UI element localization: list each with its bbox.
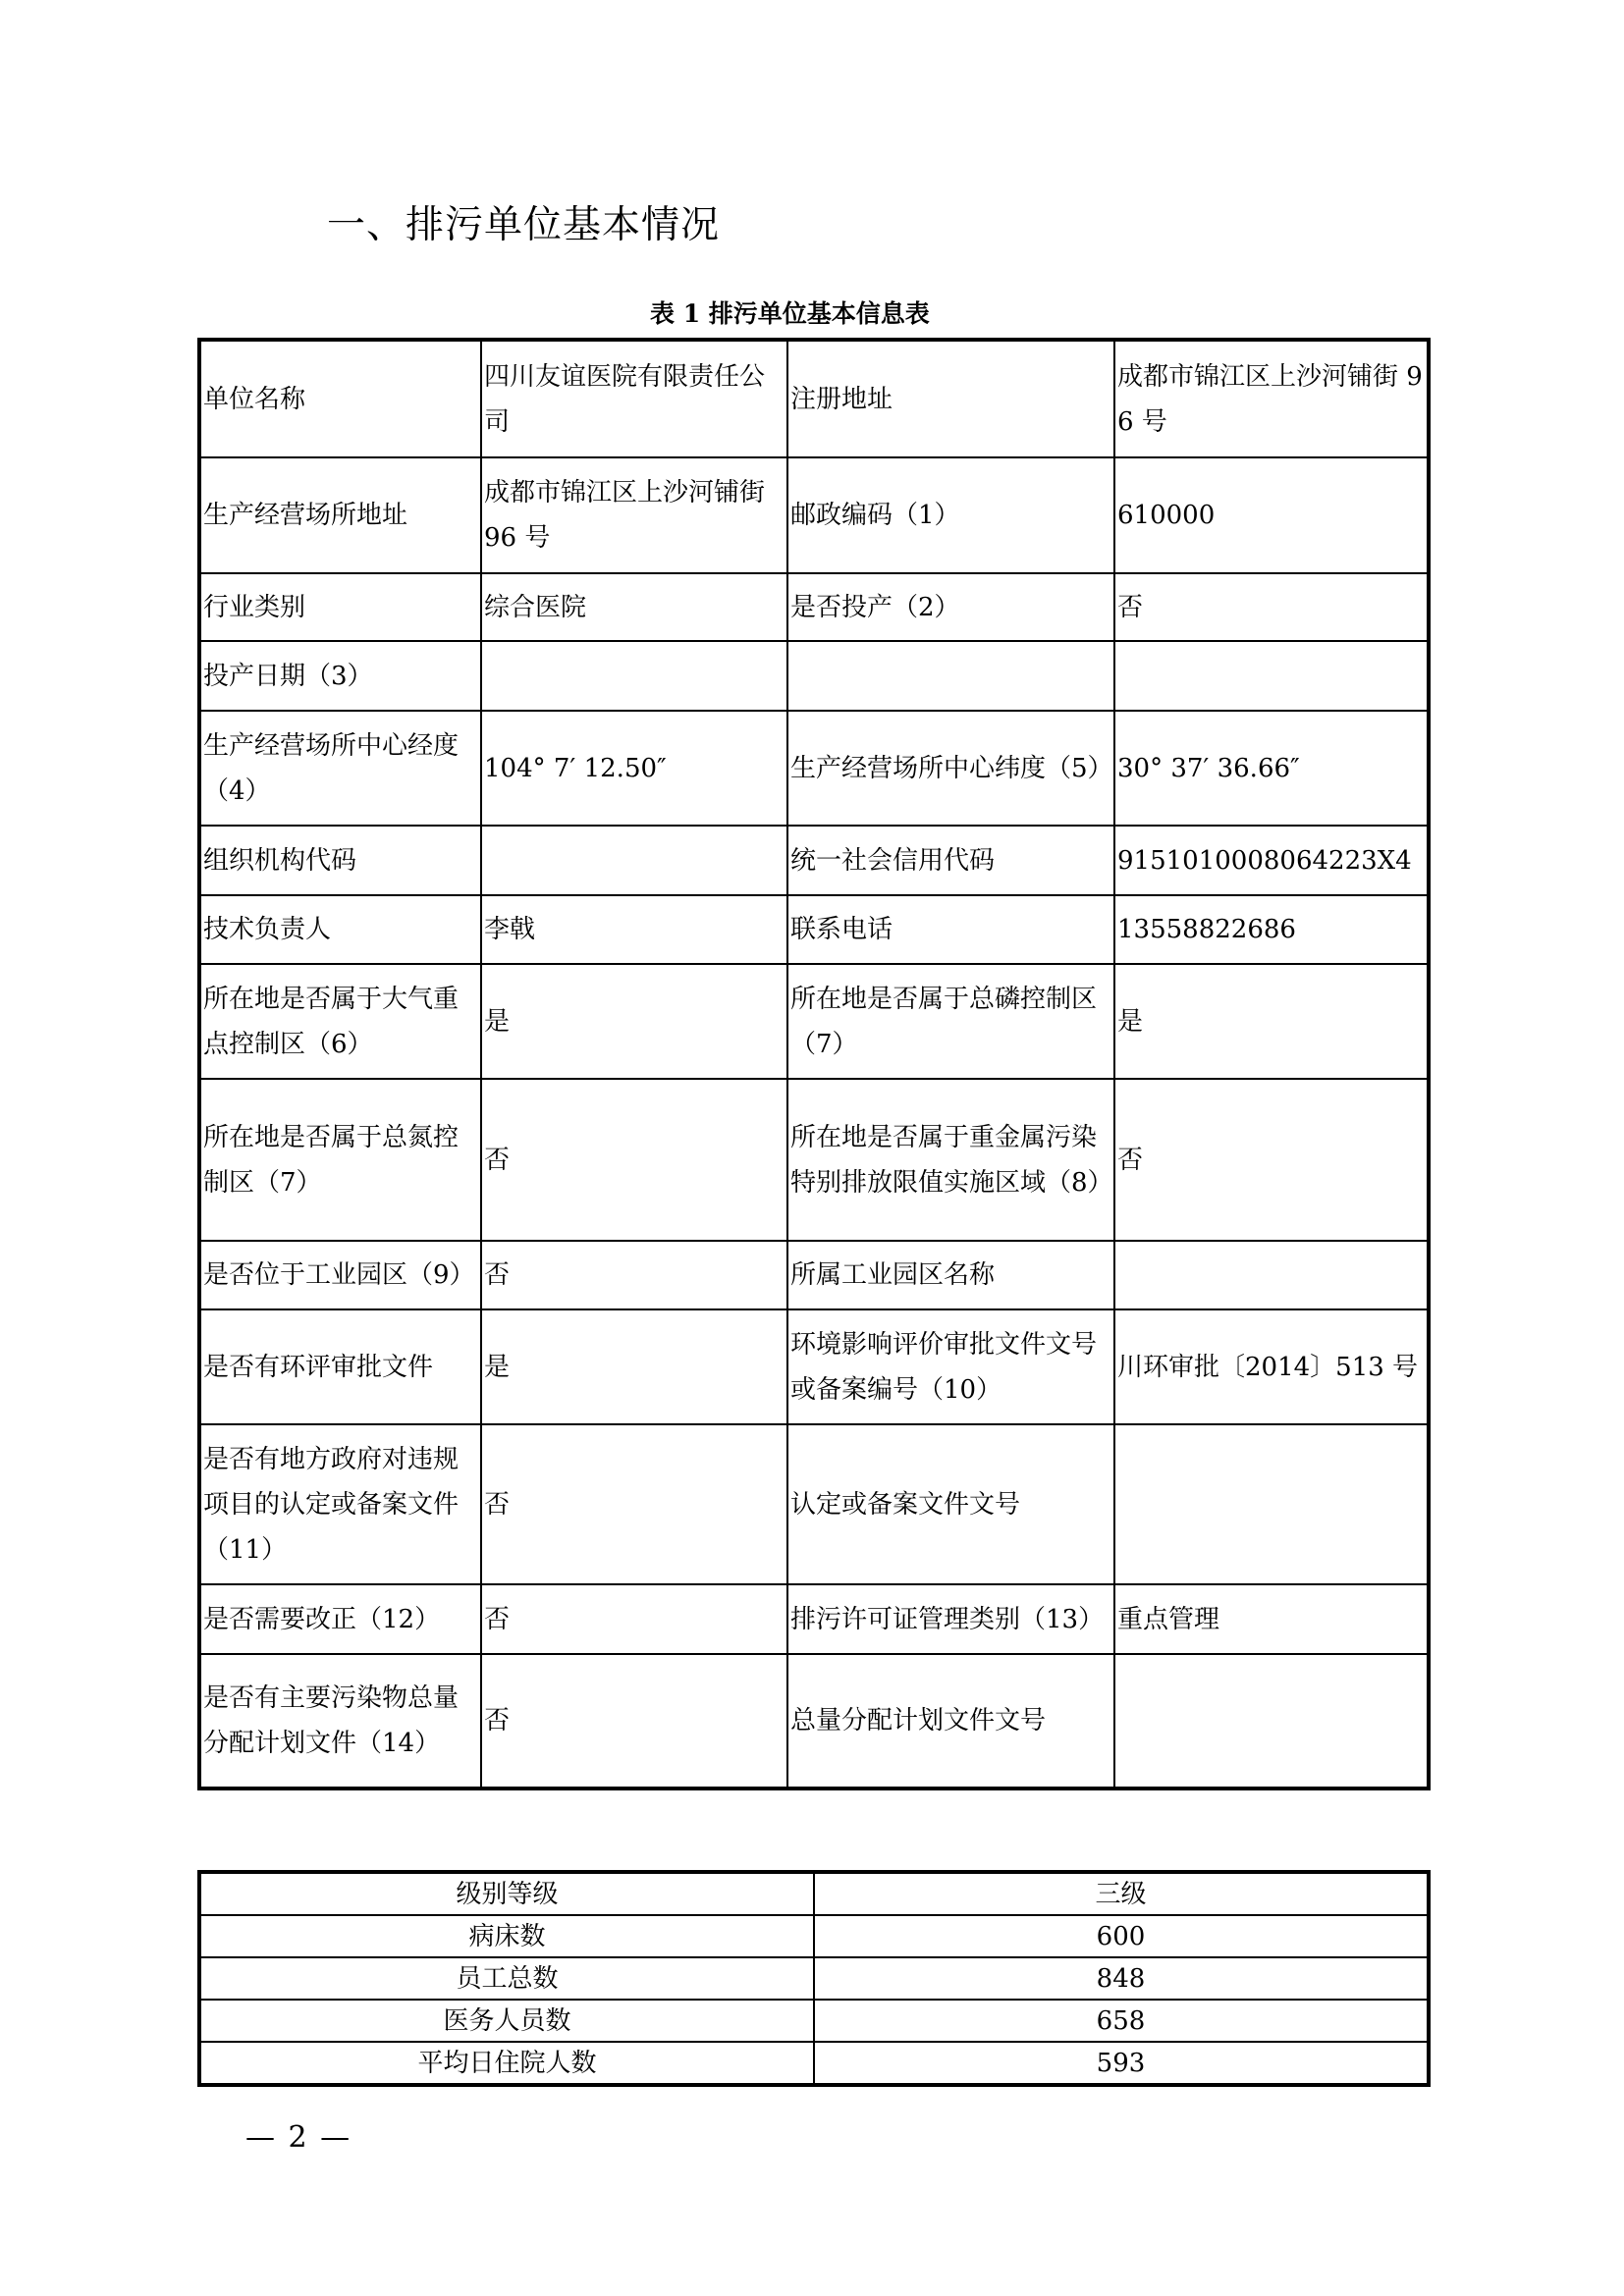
- table-row: 病床数600: [199, 1915, 1429, 1957]
- stat-label: 级别等级: [199, 1872, 814, 1915]
- field-label: 是否投产（2）: [787, 573, 1114, 641]
- field-label: 联系电话: [787, 895, 1114, 964]
- field-label: 是否需要改正（12）: [199, 1584, 481, 1654]
- stat-value: 593: [814, 2042, 1429, 2085]
- field-value: [481, 826, 787, 895]
- field-value: 否: [1114, 573, 1429, 641]
- field-label: 投产日期（3）: [199, 641, 481, 711]
- table-row: 医务人员数658: [199, 2000, 1429, 2042]
- field-value: 川环审批〔2014〕513 号: [1114, 1309, 1429, 1424]
- table1-caption: 表 1 排污单位基本信息表: [650, 296, 930, 332]
- field-label: 是否有环评审批文件: [199, 1309, 481, 1424]
- field-label: [787, 641, 1114, 711]
- table-row: 级别等级三级: [199, 1872, 1429, 1915]
- field-label: 所在地是否属于大气重点控制区（6）: [199, 964, 481, 1079]
- table-row: 技术负责人李戟联系电话13558822686: [199, 895, 1429, 964]
- table-row: 是否需要改正（12）否排污许可证管理类别（13）重点管理: [199, 1584, 1429, 1654]
- table-row: 员工总数848: [199, 1957, 1429, 2000]
- field-label: 所在地是否属于总氮控制区（7）: [199, 1079, 481, 1241]
- field-label: 认定或备案文件文号: [787, 1424, 1114, 1584]
- field-value: 否: [1114, 1079, 1429, 1241]
- field-value: [1114, 1424, 1429, 1584]
- field-label: 是否位于工业园区（9）: [199, 1241, 481, 1309]
- field-value: 否: [481, 1424, 787, 1584]
- field-value: 李戟: [481, 895, 787, 964]
- field-value: 104° 7′ 12.50″: [481, 711, 787, 826]
- field-value: 9151010008064223X4: [1114, 826, 1429, 895]
- field-value: 成都市锦江区上沙河铺街 96 号: [1114, 340, 1429, 457]
- field-label: 生产经营场所中心经度（4）: [199, 711, 481, 826]
- field-label: 单位名称: [199, 340, 481, 457]
- field-value: 是: [481, 1309, 787, 1424]
- field-label: 是否有主要污染物总量分配计划文件（14）: [199, 1654, 481, 1789]
- field-value: 610000: [1114, 457, 1429, 573]
- table-row: 是否有地方政府对违规项目的认定或备案文件（11）否认定或备案文件文号: [199, 1424, 1429, 1584]
- field-label: 行业类别: [199, 573, 481, 641]
- field-value: 否: [481, 1241, 787, 1309]
- table-row: 是否位于工业园区（9）否所属工业园区名称: [199, 1241, 1429, 1309]
- field-value: 综合医院: [481, 573, 787, 641]
- field-label: 生产经营场所地址: [199, 457, 481, 573]
- field-value: [1114, 1241, 1429, 1309]
- field-value: 13558822686: [1114, 895, 1429, 964]
- field-label: 组织机构代码: [199, 826, 481, 895]
- stat-label: 平均日住院人数: [199, 2042, 814, 2085]
- table-row: 生产经营场所地址成都市锦江区上沙河铺街 96 号邮政编码（1）610000: [199, 457, 1429, 573]
- field-value: 否: [481, 1654, 787, 1789]
- table-row: 组织机构代码统一社会信用代码9151010008064223X4: [199, 826, 1429, 895]
- table-row: 所在地是否属于大气重点控制区（6）是所在地是否属于总磷控制区（7）是: [199, 964, 1429, 1079]
- table-row: 投产日期（3）: [199, 641, 1429, 711]
- field-value: 否: [481, 1079, 787, 1241]
- basic-info-table: 单位名称四川友谊医院有限责任公司注册地址成都市锦江区上沙河铺街 96 号生产经营…: [197, 338, 1431, 1790]
- field-label: 生产经营场所中心纬度（5）: [787, 711, 1114, 826]
- field-value: 否: [481, 1584, 787, 1654]
- stat-value: 848: [814, 1957, 1429, 2000]
- table-row: 是否有主要污染物总量分配计划文件（14）否总量分配计划文件文号: [199, 1654, 1429, 1789]
- table-row: 单位名称四川友谊医院有限责任公司注册地址成都市锦江区上沙河铺街 96 号: [199, 340, 1429, 457]
- field-value: [1114, 641, 1429, 711]
- field-value: 成都市锦江区上沙河铺街 96 号: [481, 457, 787, 573]
- field-label: 技术负责人: [199, 895, 481, 964]
- page-number: — 2 —: [245, 2118, 352, 2158]
- table-row: 所在地是否属于总氮控制区（7）否所在地是否属于重金属污染特别排放限值实施区域（8…: [199, 1079, 1429, 1241]
- field-label: 是否有地方政府对违规项目的认定或备案文件（11）: [199, 1424, 481, 1584]
- hospital-stats-table: 级别等级三级病床数600员工总数848医务人员数658平均日住院人数593: [197, 1870, 1431, 2087]
- table-row: 生产经营场所中心经度（4）104° 7′ 12.50″生产经营场所中心纬度（5）…: [199, 711, 1429, 826]
- section-heading: 一、排污单位基本情况: [327, 196, 720, 255]
- field-label: 总量分配计划文件文号: [787, 1654, 1114, 1789]
- stat-value: 658: [814, 2000, 1429, 2042]
- field-label: 环境影响评价审批文件文号或备案编号（10）: [787, 1309, 1114, 1424]
- stat-value: 三级: [814, 1872, 1429, 1915]
- table-row: 是否有环评审批文件是环境影响评价审批文件文号或备案编号（10）川环审批〔2014…: [199, 1309, 1429, 1424]
- field-value: 30° 37′ 36.66″: [1114, 711, 1429, 826]
- field-value: 是: [1114, 964, 1429, 1079]
- field-value: 重点管理: [1114, 1584, 1429, 1654]
- stat-label: 员工总数: [199, 1957, 814, 2000]
- table-row: 行业类别综合医院是否投产（2）否: [199, 573, 1429, 641]
- field-label: 注册地址: [787, 340, 1114, 457]
- field-value: 四川友谊医院有限责任公司: [481, 340, 787, 457]
- field-value: [481, 641, 787, 711]
- stat-value: 600: [814, 1915, 1429, 1957]
- field-label: 所在地是否属于重金属污染特别排放限值实施区域（8）: [787, 1079, 1114, 1241]
- field-value: [1114, 1654, 1429, 1789]
- stat-label: 病床数: [199, 1915, 814, 1957]
- table-row: 平均日住院人数593: [199, 2042, 1429, 2085]
- field-label: 所在地是否属于总磷控制区（7）: [787, 964, 1114, 1079]
- field-label: 邮政编码（1）: [787, 457, 1114, 573]
- field-label: 统一社会信用代码: [787, 826, 1114, 895]
- field-label: 排污许可证管理类别（13）: [787, 1584, 1114, 1654]
- field-value: 是: [481, 964, 787, 1079]
- stat-label: 医务人员数: [199, 2000, 814, 2042]
- field-label: 所属工业园区名称: [787, 1241, 1114, 1309]
